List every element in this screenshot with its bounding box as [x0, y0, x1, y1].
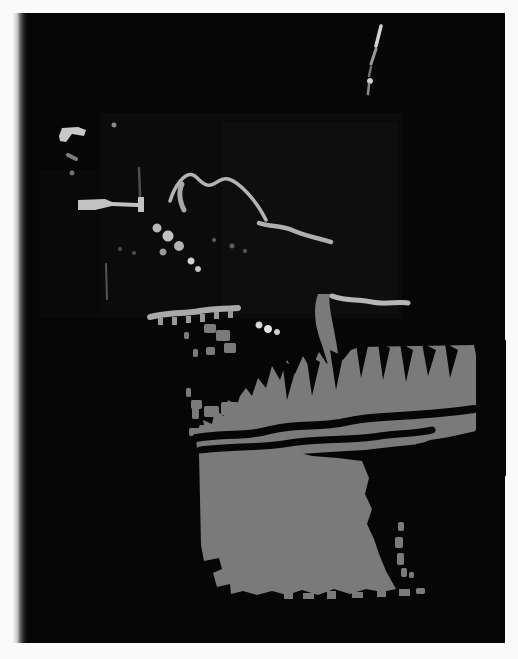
edge-fragment [367, 78, 373, 84]
edge-fragment [158, 318, 163, 325]
mask-fragment [303, 593, 314, 599]
mask-fragment [221, 402, 238, 415]
mask-fragment [186, 388, 191, 397]
tonal-patch [222, 122, 398, 314]
edge-fragment [188, 258, 195, 265]
mask-fragment [401, 568, 407, 577]
mask-fragment [224, 343, 236, 353]
mask-fragment [204, 406, 219, 417]
mask-fragment [397, 553, 404, 565]
mask-fragment [284, 592, 293, 599]
edge-fragment [195, 266, 201, 272]
edge-fragment [70, 171, 75, 176]
mask-fragment [184, 332, 189, 339]
mask-fragment [216, 330, 230, 341]
edge-fragment [174, 241, 184, 251]
mask-fragment [395, 537, 403, 548]
edge-fragment [214, 312, 219, 319]
edge-fragment [256, 322, 263, 329]
mask-fragment [191, 400, 202, 409]
edge-fragment [186, 316, 191, 323]
mask-fragment [204, 324, 216, 333]
tonal-patch [40, 170, 102, 318]
mask-fragment [398, 522, 404, 531]
mask-fragment [399, 589, 410, 596]
edge-fragment [139, 168, 140, 196]
edge-fragment [228, 311, 233, 318]
mask-fragment [377, 589, 386, 597]
left-spine-shadow [13, 13, 27, 643]
mask-fragment [352, 592, 363, 598]
mask-fragment [206, 347, 215, 355]
edge-fragment [118, 247, 122, 251]
edge-fragment [132, 251, 136, 255]
edge-fragment [243, 249, 247, 253]
mask-fragment [192, 408, 199, 419]
edge-fragment [200, 314, 205, 322]
edge-fragment [112, 123, 117, 128]
edge-fragment [160, 249, 167, 256]
edge-fragment [172, 317, 177, 325]
mask-fragment [327, 591, 336, 599]
edge-fragment [274, 329, 280, 335]
mask-fragment [416, 588, 425, 594]
shadow-strip [476, 340, 506, 476]
edge-fragment [153, 224, 162, 233]
edge-fragment [368, 84, 369, 94]
edge-fragment [106, 264, 107, 299]
mask-fragment [443, 428, 455, 435]
edge-fragment [264, 325, 272, 333]
edge-fragment [230, 244, 235, 249]
mask-fragment [193, 349, 198, 357]
document-page [0, 0, 518, 659]
thresholded-photo [0, 0, 518, 659]
edge-fragment [163, 231, 174, 242]
mask-fragment [409, 572, 414, 578]
edge-fragment [212, 238, 216, 242]
